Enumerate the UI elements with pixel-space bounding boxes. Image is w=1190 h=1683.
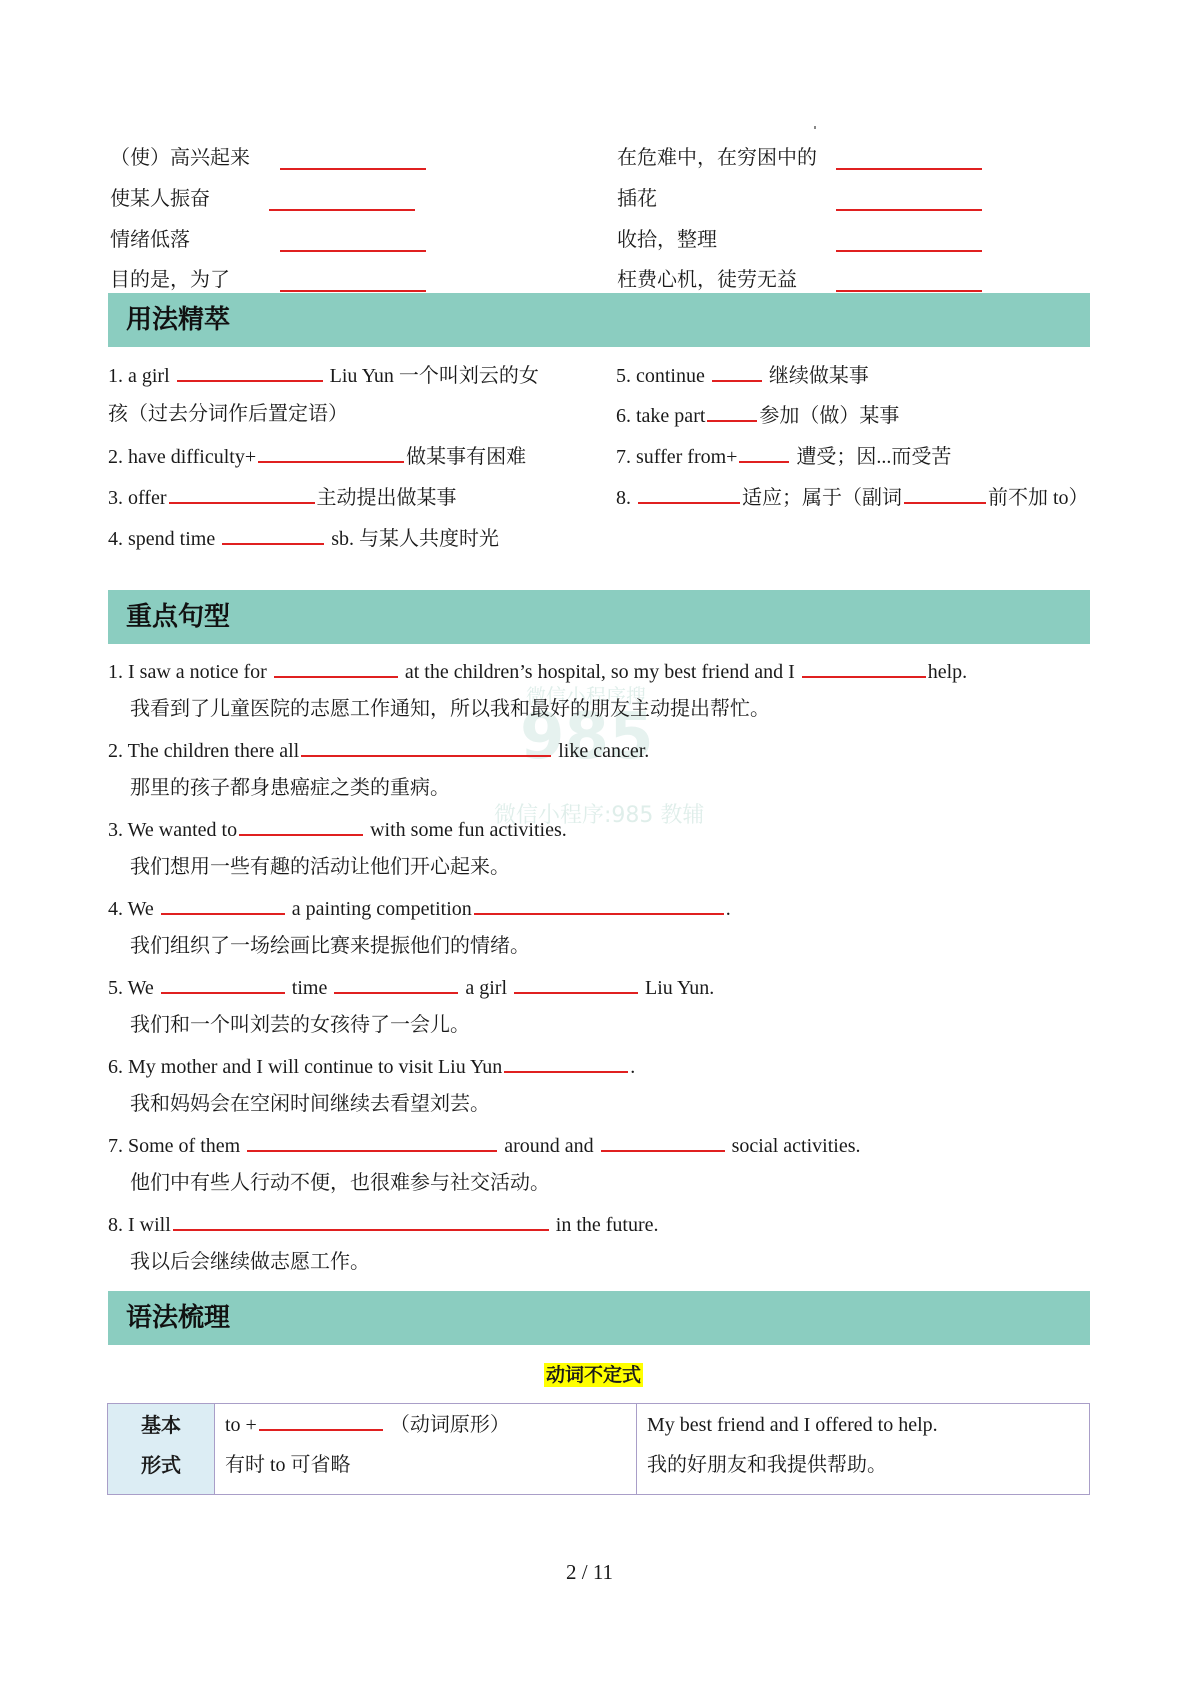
answer-blank[interactable] bbox=[177, 362, 323, 382]
vocab-label: （使）高兴起来 bbox=[110, 146, 250, 170]
vocab-label: 目的是，为了 bbox=[110, 268, 230, 292]
answer-blank[interactable] bbox=[904, 484, 986, 504]
sentence-zh: 他们中有些人行动不便，也很难参与社交活动。 bbox=[130, 1171, 550, 1195]
usage-text: 参加（做）某事 bbox=[759, 405, 899, 427]
sentence-text: 7. Some of them bbox=[108, 1135, 240, 1157]
answer-blank[interactable] bbox=[836, 191, 982, 211]
sentence-text: 5. We bbox=[108, 977, 154, 999]
usage-text: 主动提出做某事 bbox=[317, 487, 457, 509]
answer-blank[interactable] bbox=[334, 974, 458, 994]
usage-item: 4. spend time sb. 与某人共度时光 bbox=[108, 525, 499, 551]
grammar-subtitle: 动词不定式 bbox=[544, 1360, 643, 1387]
table-label: 基本 bbox=[109, 1405, 213, 1445]
section-title: 重点句型 bbox=[126, 601, 230, 633]
sentence-zh: 我看到了儿童医院的志愿工作通知，所以我和最好的朋友主动提出帮忙。 bbox=[130, 697, 770, 721]
vocab-label: 情绪低落 bbox=[110, 228, 190, 252]
usage-text: 前不加 to） bbox=[988, 487, 1089, 509]
sentence-text: like cancer. bbox=[558, 740, 649, 762]
sentence-text: 2. The children there all bbox=[108, 740, 299, 762]
answer-blank[interactable] bbox=[280, 232, 426, 252]
form-note: 有时 to 可省略 bbox=[225, 1445, 635, 1485]
answer-blank[interactable] bbox=[239, 816, 363, 836]
usage-text: 8. bbox=[616, 487, 631, 509]
answer-blank[interactable] bbox=[601, 1132, 725, 1152]
example-en: My best friend and I offered to help. bbox=[647, 1405, 1088, 1445]
usage-item: 7. suffer from+ 遭受；因...而受苦 bbox=[616, 443, 951, 469]
vocab-label: 收拾，整理 bbox=[617, 228, 717, 252]
sentence-text: time bbox=[292, 977, 328, 999]
vocab-label: 在危难中，在穷困中的 bbox=[617, 146, 817, 170]
sentence-zh: 我们组织了一场绘画比赛来提振他们的情绪。 bbox=[130, 934, 530, 958]
usage-item: 3. offer主动提出做某事 bbox=[108, 484, 457, 510]
answer-blank[interactable] bbox=[269, 191, 415, 211]
answer-blank[interactable] bbox=[712, 362, 762, 382]
answer-blank[interactable] bbox=[161, 974, 285, 994]
usage-text: sb. 与某人共度时光 bbox=[331, 528, 499, 550]
answer-blank[interactable] bbox=[638, 484, 740, 504]
answer-blank[interactable] bbox=[169, 484, 315, 504]
section-title: 用法精萃 bbox=[126, 304, 230, 336]
answer-blank[interactable] bbox=[259, 1411, 383, 1431]
table-label: 形式 bbox=[109, 1445, 213, 1485]
sentence-zh: 我们和一个叫刘芸的女孩待了一会儿。 bbox=[130, 1013, 470, 1037]
answer-blank[interactable] bbox=[836, 272, 982, 292]
answer-blank[interactable] bbox=[274, 658, 398, 678]
sentence-text: . bbox=[726, 898, 731, 920]
sentence-text: a painting competition bbox=[292, 898, 472, 920]
usage-item: 5. continue 继续做某事 bbox=[616, 362, 869, 388]
sentence-text: 4. We bbox=[108, 898, 154, 920]
sentence-en: 8. I will in the future. bbox=[108, 1211, 659, 1237]
sentence-text: at the children’s hospital, so my best f… bbox=[405, 661, 795, 683]
grammar-subtitle-text: 动词不定式 bbox=[544, 1363, 643, 1387]
sentence-en: 7. Some of them around and social activi… bbox=[108, 1132, 861, 1158]
sentence-text: help. bbox=[928, 661, 967, 683]
section-header-usage: 用法精萃 bbox=[108, 293, 1090, 347]
answer-blank[interactable] bbox=[739, 443, 789, 463]
sentence-en: 4. We a painting competition. bbox=[108, 895, 731, 921]
page-number: 2 / 11 bbox=[566, 1560, 613, 1585]
answer-blank[interactable] bbox=[222, 525, 324, 545]
usage-item: 2. have difficulty+做某事有困难 bbox=[108, 443, 526, 469]
grammar-table: 基本 形式 to + （动词原形） 有时 to 可省略 My best frie… bbox=[107, 1403, 1090, 1495]
usage-text: 2. have difficulty+ bbox=[108, 446, 256, 468]
form-text: （动词原形） bbox=[390, 1414, 510, 1436]
answer-blank[interactable] bbox=[474, 895, 724, 915]
table-example-cell: My best friend and I offered to help. 我的… bbox=[637, 1404, 1090, 1495]
sentence-text: in the future. bbox=[556, 1214, 659, 1236]
sentence-text: 1. I saw a notice for bbox=[108, 661, 267, 683]
sentence-en: 1. I saw a notice for at the children’s … bbox=[108, 658, 967, 684]
answer-blank[interactable] bbox=[280, 272, 426, 292]
table-form-cell: to + （动词原形） 有时 to 可省略 bbox=[215, 1404, 637, 1495]
sentence-zh: 我和妈妈会在空闲时间继续去看望刘芸。 bbox=[130, 1092, 490, 1116]
usage-text: 3. offer bbox=[108, 487, 167, 509]
answer-blank[interactable] bbox=[258, 443, 404, 463]
usage-text: 4. spend time bbox=[108, 528, 215, 550]
usage-text: 适应；属于（副词 bbox=[742, 487, 902, 509]
sentence-zh: 那里的孩子都身患癌症之类的重病。 bbox=[130, 776, 450, 800]
answer-blank[interactable] bbox=[836, 232, 982, 252]
section-header-sentences: 重点句型 bbox=[108, 590, 1090, 644]
sentence-text: with some fun activities. bbox=[370, 819, 567, 841]
table-label-cell: 基本 形式 bbox=[108, 1404, 215, 1495]
usage-text: 做某事有困难 bbox=[406, 446, 526, 468]
answer-blank[interactable] bbox=[504, 1053, 628, 1073]
sentence-text: Liu Yun. bbox=[645, 977, 714, 999]
usage-text: 遭受；因...而受苦 bbox=[796, 446, 951, 468]
sentence-text: social activities. bbox=[732, 1135, 861, 1157]
form-text: to + bbox=[225, 1414, 257, 1436]
sentence-text: 3. We wanted to bbox=[108, 819, 237, 841]
sentence-zh: 我们想用一些有趣的活动让他们开心起来。 bbox=[130, 855, 510, 879]
usage-item-continued: 孩（过去分词作后置定语） bbox=[108, 402, 348, 426]
sentence-en: 5. We time a girl Liu Yun. bbox=[108, 974, 714, 1000]
answer-blank[interactable] bbox=[161, 895, 285, 915]
section-header-grammar: 语法梳理 bbox=[108, 1291, 1090, 1345]
sentence-text: 8. I will bbox=[108, 1214, 171, 1236]
usage-text: 6. take part bbox=[616, 405, 705, 427]
usage-text: 继续做某事 bbox=[769, 365, 869, 387]
usage-item: 8. 适应；属于（副词前不加 to） bbox=[616, 484, 1089, 510]
usage-item: 1. a girl Liu Yun 一个叫刘云的女 bbox=[108, 362, 539, 388]
sentence-en: 2. The children there all like cancer. bbox=[108, 737, 649, 763]
sentence-text: 6. My mother and I will continue to visi… bbox=[108, 1056, 502, 1078]
answer-blank[interactable] bbox=[707, 402, 757, 422]
sentence-en: 3. We wanted to with some fun activities… bbox=[108, 816, 567, 842]
example-zh: 我的好朋友和我提供帮助。 bbox=[647, 1445, 1088, 1485]
vocab-label: 枉费心机，徒劳无益 bbox=[617, 268, 797, 292]
answer-blank[interactable] bbox=[802, 658, 926, 678]
section-title: 语法梳理 bbox=[126, 1302, 230, 1334]
sentence-text: a girl bbox=[465, 977, 507, 999]
vocab-label: 插花 bbox=[617, 187, 657, 211]
stray-mark bbox=[814, 126, 816, 129]
answer-blank[interactable] bbox=[173, 1211, 549, 1231]
answer-blank[interactable] bbox=[514, 974, 638, 994]
answer-blank[interactable] bbox=[301, 737, 551, 757]
sentence-text: around and bbox=[504, 1135, 593, 1157]
answer-blank[interactable] bbox=[280, 150, 426, 170]
usage-text: Liu Yun 一个叫刘云的女 bbox=[330, 365, 539, 387]
sentence-zh: 我以后会继续做志愿工作。 bbox=[130, 1250, 370, 1274]
usage-text: 7. suffer from+ bbox=[616, 446, 737, 468]
sentence-en: 6. My mother and I will continue to visi… bbox=[108, 1053, 635, 1079]
sentence-text: . bbox=[630, 1056, 635, 1078]
vocab-label: 使某人振奋 bbox=[110, 187, 210, 211]
answer-blank[interactable] bbox=[247, 1132, 497, 1152]
usage-text: 5. continue bbox=[616, 365, 705, 387]
answer-blank[interactable] bbox=[836, 150, 982, 170]
usage-text: 1. a girl bbox=[108, 365, 170, 387]
usage-item: 6. take part参加（做）某事 bbox=[616, 402, 899, 428]
